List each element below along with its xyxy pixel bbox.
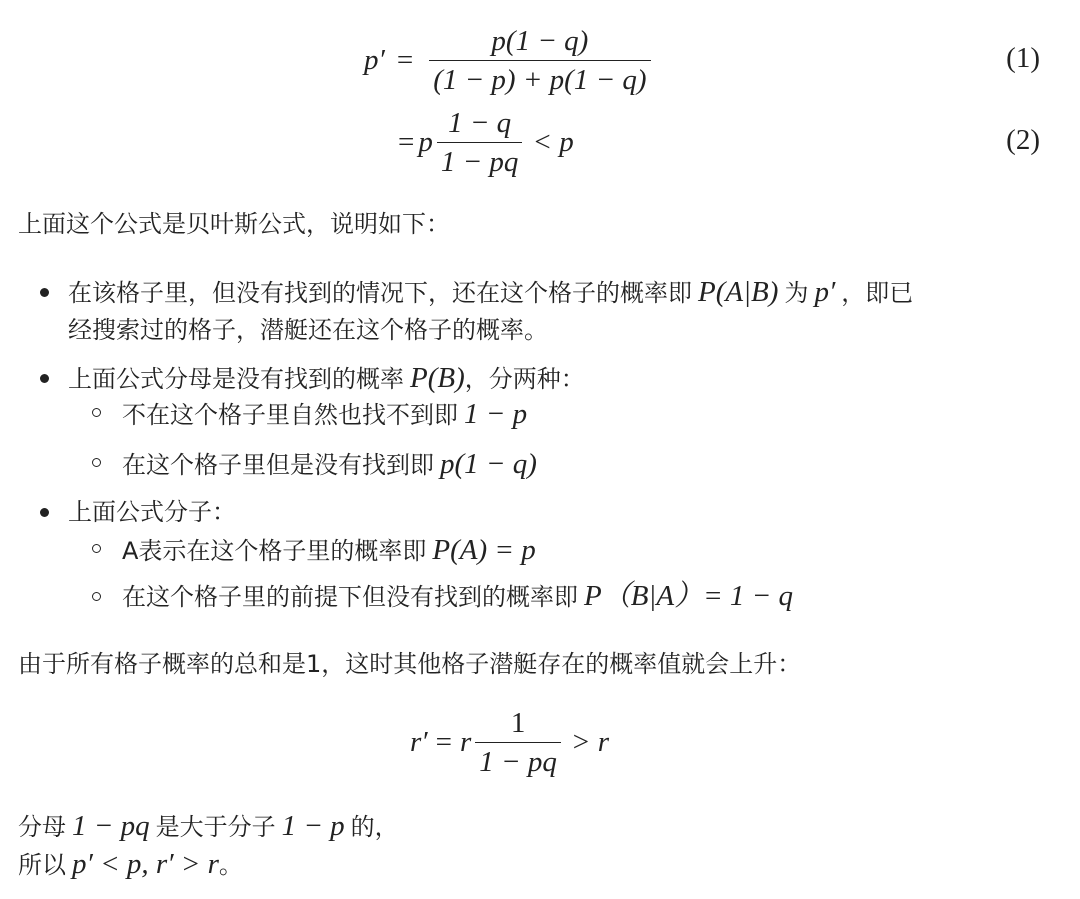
equation-number-1: (1) [1006, 42, 1040, 75]
eq2-numerator: 1 − q [444, 107, 515, 142]
bullet-2-math: P(B) [410, 362, 465, 394]
bullet-3: 上面公式分子： [68, 496, 236, 528]
sum-paragraph: 由于所有格子概率的总和是1，这时其他格子潜艇存在的概率值就会上升： [18, 648, 801, 680]
equation-2: = p 1 − q 1 − pq < p [398, 104, 574, 180]
eq3-factor: r [460, 726, 471, 759]
bullet-1-end: ，即已 [841, 279, 913, 307]
eq2-fraction: 1 − q 1 − pq [437, 107, 523, 178]
bullet-3-sub-1: A表示在这个格子里的概率即P(A) = p [122, 534, 536, 567]
sub-text: A表示在这个格子里的概率即 [122, 537, 426, 565]
eq1-fraction: p(1 − q) (1 − p) + p(1 − q) [429, 25, 650, 96]
bullet-2-text: 上面公式分母是没有找到的概率 [68, 365, 404, 393]
math: p′ < p, r′ > r [72, 848, 219, 880]
sub-text: 在这个格子里的前提下但没有找到的概率即 [122, 583, 578, 611]
eq3-numerator: 1 [507, 707, 530, 742]
bullet-2-end: ，分两种： [465, 365, 585, 393]
eq2-factor: p [418, 126, 433, 159]
sub-math: P（B|A）= 1 − q [584, 580, 793, 612]
conclusion-line-2: 所以p′ < p, r′ > r。 [18, 848, 243, 881]
text: 分母 [18, 813, 66, 841]
eq3-fraction: 1 1 − pq [475, 707, 561, 778]
bullet-2-sub-1: 不在这个格子里自然也找不到即1 − p [122, 398, 527, 431]
bullet-1-text: 在该格子里，但没有找到的情况下，还在这个格子的概率即 [68, 279, 692, 307]
bullet-1-math2: p′ [814, 276, 835, 308]
bullet-dot [40, 288, 49, 297]
equation-3: r′ = r 1 1 − pq > r [410, 702, 609, 782]
bullet-3-sub-2: 在这个格子里的前提下但没有找到的概率即P（B|A）= 1 − q [122, 580, 793, 613]
sub-bullet-circle [92, 592, 101, 601]
math: 1 − p [282, 810, 345, 842]
bullet-dot [40, 508, 49, 517]
sub-bullet-circle [92, 458, 101, 467]
bullet-1-line-2: 经搜索过的格子，潜艇还在这个格子的概率。 [68, 314, 548, 346]
bullet-1-math: P(A|B) [698, 276, 778, 308]
eq2-equals: = [398, 126, 414, 159]
text: 是大于分子 [156, 813, 276, 841]
eq2-tail: < p [532, 126, 573, 159]
conclusion-line-1: 分母1 − pq是大于分子1 − p的， [18, 810, 399, 843]
eq1-numerator: p(1 − q) [487, 25, 592, 60]
eq1-lhs: p′ [364, 44, 385, 77]
sub-bullet-circle [92, 544, 101, 553]
eq3-denominator: 1 − pq [475, 742, 561, 778]
eq3-tail: > r [571, 726, 609, 759]
intro-paragraph: 上面这个公式是贝叶斯公式，说明如下： [18, 208, 450, 240]
sub-bullet-circle [92, 408, 101, 417]
text: 。 [219, 851, 243, 879]
bullet-1-mid: 为 [784, 279, 808, 307]
math: 1 − pq [72, 810, 150, 842]
eq3-equals: = [436, 726, 452, 759]
text: 的， [351, 813, 399, 841]
equation-number-2: (2) [1006, 124, 1040, 157]
sub-text: 不在这个格子里自然也找不到即 [122, 401, 458, 429]
bullet-1-line-1: 在该格子里，但没有找到的情况下，还在这个格子的概率即P(A|B)为p′，即已 [68, 276, 913, 309]
bullet-2-sub-2: 在这个格子里但是没有找到即p(1 − q) [122, 448, 537, 481]
sub-math: 1 − p [464, 398, 527, 430]
text: 所以 [18, 851, 66, 879]
eq2-denominator: 1 − pq [437, 142, 523, 178]
eq3-lhs: r′ [410, 726, 428, 759]
bullet-dot [40, 374, 49, 383]
eq1-denominator: (1 − p) + p(1 − q) [429, 60, 650, 96]
eq1-equals: = [397, 44, 413, 77]
sub-math: P(A) = p [432, 534, 535, 566]
sub-math: p(1 − q) [440, 448, 537, 480]
equation-1: p′ = p(1 − q) (1 − p) + p(1 − q) [364, 16, 655, 104]
sub-text: 在这个格子里但是没有找到即 [122, 451, 434, 479]
bullet-2: 上面公式分母是没有找到的概率P(B)，分两种： [68, 362, 585, 395]
